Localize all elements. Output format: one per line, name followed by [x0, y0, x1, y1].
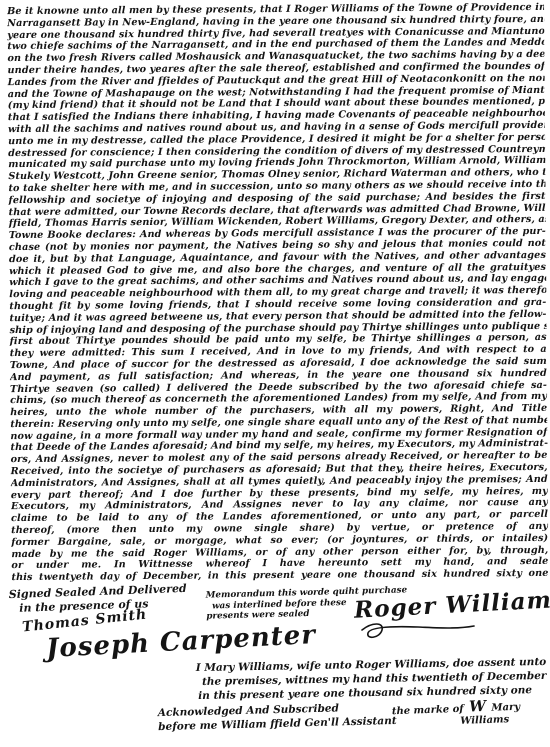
mark-name-first: Mary — [491, 702, 520, 714]
mary-mark-glyph: W — [467, 697, 488, 716]
mark-name-last: Williams — [460, 714, 521, 728]
acknowledgment-note: Acknowledged And Subscribed before me Wi… — [158, 700, 397, 734]
mary-williams-assent: I Mary Williams, wife unto Roger William… — [196, 656, 547, 704]
signed-sealed-block: Signed Sealed And Delivered in the prese… — [9, 582, 188, 615]
signature-flourish — [358, 620, 478, 644]
deed-body-text: Be it knowne unto all men by these prese… — [7, 2, 549, 584]
mary-williams-mark: the marke of W Mary Williams — [392, 699, 521, 730]
mark-label: the marke of — [392, 704, 464, 717]
manuscript-page: Be it knowne unto all men by these prese… — [0, 0, 550, 747]
